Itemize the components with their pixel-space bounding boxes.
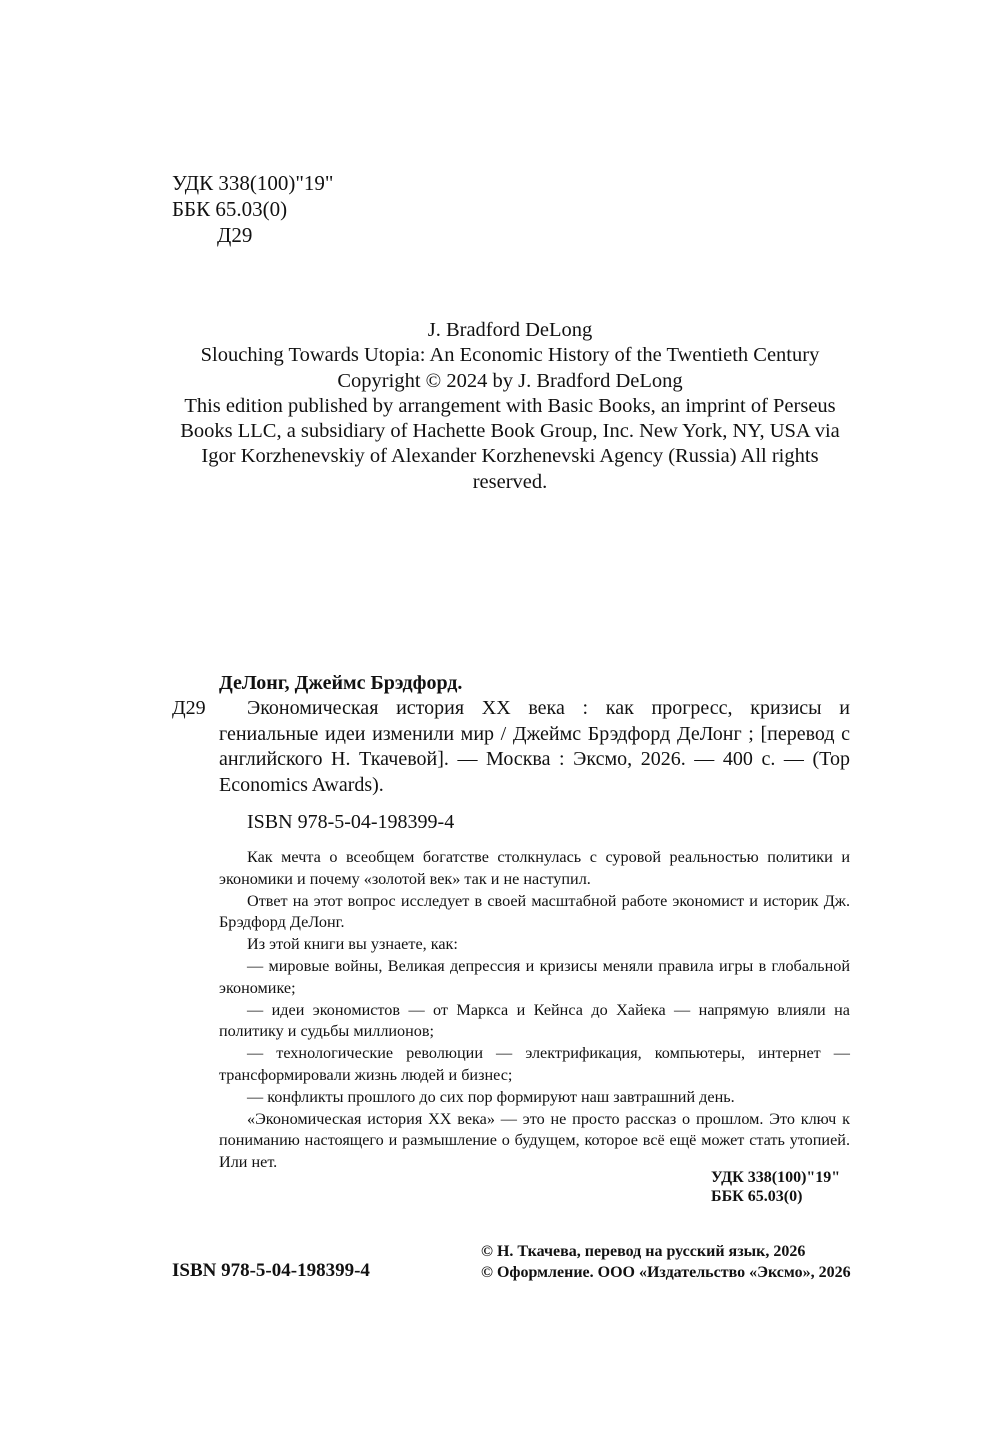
author-sign: Д29 [172,222,333,248]
annotation-list-item: — идеи экономистов — от Маркса и Кейнса … [219,1000,850,1044]
catalog-author-sign: Д29 [172,696,206,722]
annotation-paragraph: Из этой книги вы узнаете, как: [219,934,850,956]
annotation: Как мечта о всеобщем богатстве столкнула… [219,847,850,1174]
copyright-translation: © Н. Ткачева, перевод на русский язык, 2… [481,1242,851,1263]
rights-notice: J. Bradford DeLong Slouching Towards Uto… [170,318,850,495]
udk-code: УДК 338(100)"19" [172,170,333,196]
bbk-code: ББК 65.03(0) [172,196,333,222]
annotation-paragraph: Ответ на этот вопрос исследует в своей м… [219,891,850,935]
classification-codes: УДК 338(100)"19" ББК 65.03(0) Д29 [172,170,333,248]
catalog-isbn: ISBN 978-5-04-198399-4 [247,809,850,835]
footer-isbn: ISBN 978-5-04-198399-4 [172,1259,370,1283]
catalog-entry: Д29 Экономическая история XX века : как … [219,696,850,798]
annotation-list-item: — мировые войны, Великая депрессия и кри… [219,956,850,1000]
annotation-paragraph: Как мечта о всеобщем богатстве столкнула… [219,847,850,891]
footer-bbk-code: ББК 65.03(0) [711,1187,840,1206]
original-title: Slouching Towards Utopia: An Economic Hi… [170,343,850,368]
catalog-description: Экономическая история XX века : как прог… [219,696,850,798]
original-author: J. Bradford DeLong [170,318,850,343]
footer-classification-codes: УДК 338(100)"19" ББК 65.03(0) [711,1168,840,1206]
annotation-list-item: — конфликты прошлого до сих пор формирую… [219,1087,850,1109]
catalog-author-heading: ДеЛонг, Джеймс Брэдфорд. [219,670,850,696]
catalog-card: ДеЛонг, Джеймс Брэдфорд. Д29 Экономическ… [172,670,850,1174]
copyright-design: © Оформление. ООО «Издательство «Эксмо»,… [481,1263,851,1284]
footer-udk-code: УДК 338(100)"19" [711,1168,840,1187]
edition-arrangement: This edition published by arrangement wi… [170,394,850,495]
annotation-list-item: — технологические революции — электрифик… [219,1043,850,1087]
original-copyright: Copyright © 2024 by J. Bradford DeLong [170,369,850,394]
annotation-paragraph: «Экономическая история XX века» — это не… [219,1109,850,1174]
footer-copyrights: © Н. Ткачева, перевод на русский язык, 2… [481,1242,851,1283]
